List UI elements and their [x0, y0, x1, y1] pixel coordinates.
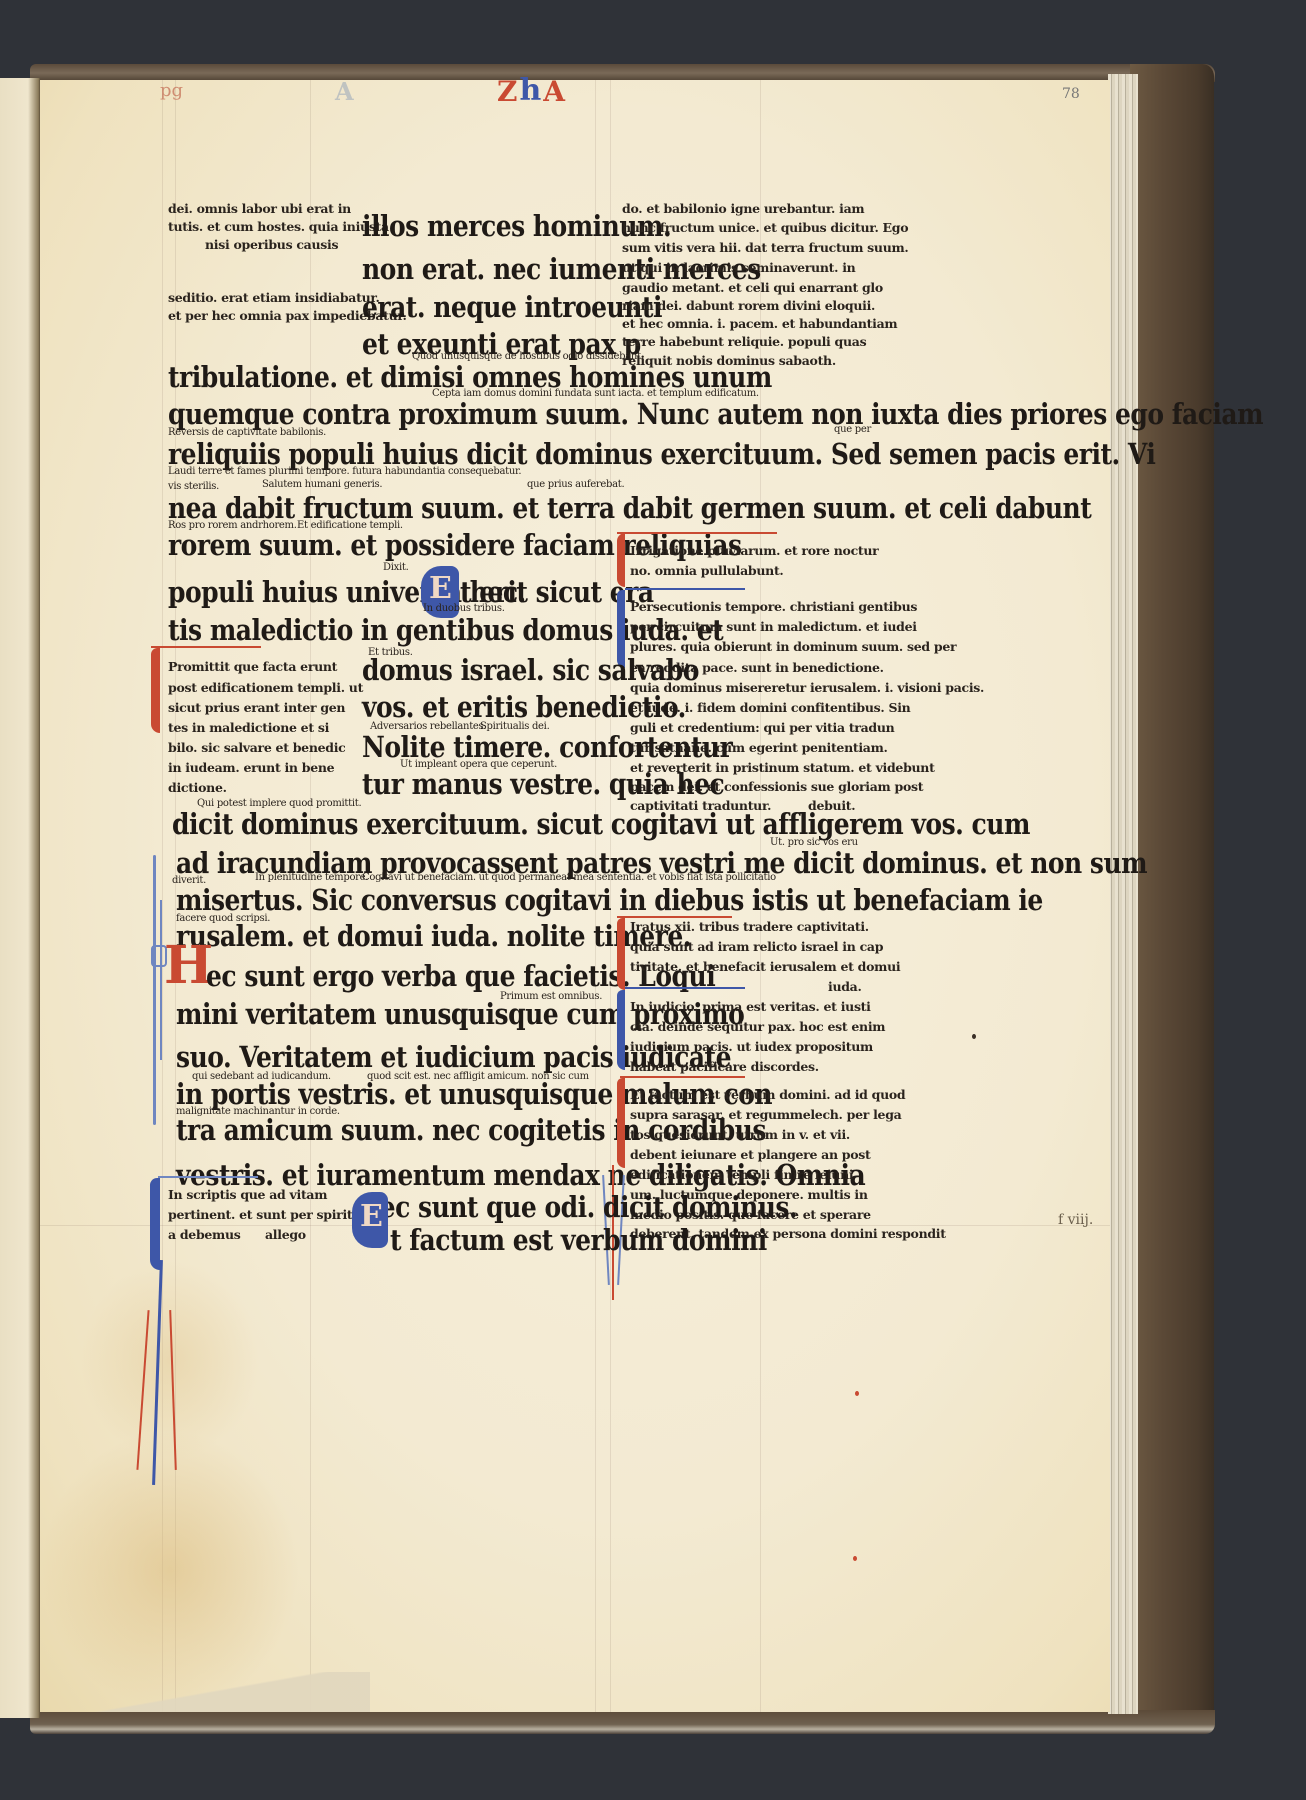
gloss-line: dei. omnis labor ubi erat in: [168, 203, 351, 216]
gloss-line: tutis. et cum hostes. quia iniusta: [168, 221, 389, 234]
initial-letter: E: [429, 574, 452, 604]
gloss-line: Promittit que facta erunt: [168, 661, 337, 674]
facing-leaf-gutter: [0, 78, 40, 1718]
top-left-annotation: pg: [160, 80, 183, 101]
blue-bracket: [150, 1178, 160, 1270]
folio-number: 78: [1062, 86, 1080, 102]
main-text-line: dicit dominus exercituum. sicut cogitavi…: [172, 810, 1030, 839]
margin-note-folio-reference: f viij.: [1058, 1212, 1093, 1228]
interlinear-gloss: vis sterilis.: [168, 482, 219, 492]
gloss-line: sum vitis vera hii. dat terra fructum su…: [622, 242, 908, 255]
gloss-line: no. omnia pullulabunt.: [630, 565, 783, 578]
blue-bracket-line: [625, 588, 745, 590]
gloss-line: In scriptis que ad vitam: [168, 1189, 327, 1202]
red-bracket-line: [617, 916, 732, 918]
interlinear-gloss: Salutem humani generis.: [262, 480, 382, 490]
main-text-line: erat. neque introeunti: [362, 293, 662, 322]
gloss-line: iudicium pacis. ut iudex propositum: [630, 1041, 873, 1054]
main-text-line: quemque contra proximum suum. Nunc autem…: [168, 400, 1263, 429]
gloss-line: riam dei. dabunt rorem divini eloquii.: [622, 300, 875, 313]
red-bracket: [617, 533, 625, 587]
page-stack-fore-edge: [1108, 74, 1138, 1714]
gloss-line: seditio. erat etiam insidiabatur.: [168, 292, 380, 305]
gloss-line: tos quesierunt. utrum in v. et vii.: [630, 1129, 850, 1142]
main-text-line: reliquiis populi huius dicit dominus exe…: [168, 440, 1155, 469]
interlinear-gloss: In plenitudine tempore.: [255, 873, 368, 883]
gloss-line: allego: [265, 1229, 306, 1242]
gloss-line: gaudio metant. et celi qui enarrant glo: [622, 282, 883, 295]
gloss-line: in iudeam. erunt in bene: [168, 762, 334, 775]
gloss-line: cia. deinde sequitur pax. hoc est enim: [630, 1021, 885, 1034]
main-text-line: tur manus vestre. quia hec: [362, 770, 724, 799]
main-text-line: t factum est verbum domini: [390, 1226, 767, 1255]
main-text-line: misertus. Sic conversus cogitavi in dieb…: [176, 886, 1043, 915]
blue-bracket-line: [158, 1176, 258, 1178]
gloss-line: plures. quia obierunt in dominum suum. s…: [630, 641, 956, 654]
gloss-line: et hec omnia. i. pacem. et habundantiam: [622, 318, 897, 331]
main-text-line: hec sunt que odi. dicit dominus.: [362, 1193, 797, 1222]
main-text-line: nea dabit fructum suum. et terra dabit g…: [168, 494, 1091, 523]
gloss-line: debent ieiunare et plangere an post: [630, 1149, 870, 1162]
gloss-line: nisi operibus causis: [205, 239, 338, 252]
binding-right-edge: [1130, 64, 1214, 1734]
gloss-line: bilo. sic salvare et benedic: [168, 742, 345, 755]
interlinear-gloss: Cogitavi ut benefaciam. ut quod permanea…: [362, 873, 776, 883]
red-bracket-line: [617, 532, 777, 534]
gloss-line: do. et babilonio igne urebantur. iam: [622, 203, 864, 216]
red-bracket-line: [620, 1076, 745, 1078]
binding-bottom-edge: [30, 1710, 1215, 1734]
gloss-line: edificationem templi finire ieiuni: [630, 1169, 853, 1182]
gloss-line: terre habebunt reliquie. populi quas: [622, 336, 866, 349]
running-head-letter-z: Z: [497, 78, 517, 106]
gloss-line: Persecutionis tempore. christiani gentib…: [630, 601, 917, 614]
gloss-line: a debemus: [168, 1229, 241, 1242]
gloss-line: Et factum est verbum domini. ad id quod: [630, 1089, 905, 1102]
gloss-line: iuda.: [828, 981, 862, 994]
gloss-line: In iudicio. prima est veritas. et iusti: [630, 1001, 871, 1014]
running-head: Z h A: [497, 76, 565, 106]
interlinear-gloss: que per: [834, 425, 871, 435]
blue-marginal-flourish: [153, 855, 156, 1125]
interlinear-gloss: Reversis de captivitate babilonis.: [168, 428, 326, 438]
gloss-line: dictione.: [168, 782, 227, 795]
gloss-line: supra sarasar. et regummelech. per lega: [630, 1109, 901, 1122]
main-text-line: vos. et eritis benedictio.: [362, 693, 686, 722]
blue-marginal-flourish: [160, 900, 162, 1060]
running-head-letter-h: h: [519, 76, 541, 106]
gloss-line: hunc fructum unice. et quibus dicitur. E…: [622, 222, 908, 235]
gloss-line: quia sunt ad iram relicto israel in cap: [630, 941, 883, 954]
interlinear-gloss: que prius auferebat.: [527, 480, 624, 490]
main-text-line: Nolite timere. confortentur: [362, 733, 732, 762]
initial-letter: E: [360, 1202, 383, 1232]
ink-spot: [853, 1556, 857, 1561]
blue-bracket: [617, 990, 625, 1070]
running-head-faded: A: [335, 80, 354, 104]
red-bracket: [617, 918, 625, 990]
torn-corner: [40, 1672, 370, 1712]
gloss-line: per circuitum sunt in maledictum. et iud…: [630, 621, 917, 634]
red-bracket: [617, 1078, 625, 1168]
gloss-line: Iratus xii. tribus tradere captivitati.: [630, 921, 869, 934]
interlinear-gloss: Laudi terre et fames plurimi tempore. fu…: [168, 467, 521, 477]
red-bracket-line: [151, 646, 261, 648]
ink-spot: [855, 1391, 859, 1396]
gloss-line: tes in maledictione et si: [168, 722, 329, 735]
interlinear-gloss: Dixit.: [383, 563, 408, 573]
gloss-line: tivitate. et benefacit ierusalem et domu…: [630, 961, 900, 974]
main-text-line: rusalem. et domui iuda. nolite timere.: [176, 922, 691, 951]
water-stain: [40, 1430, 300, 1710]
gloss-line: pertinent. et sunt per spiritua: [168, 1209, 369, 1222]
ink-spot: [972, 1034, 976, 1039]
red-bracket: [151, 648, 160, 733]
main-text-line: domus israel. sic salvabo: [362, 656, 699, 685]
gloss-line: ut qui in lacrimis seminaverunt. in: [622, 262, 855, 275]
gloss-line: post edificationem templi. ut: [168, 682, 363, 695]
decorated-initial-e-lower: E: [352, 1192, 388, 1248]
gloss-line: sicut prius erant inter gen: [168, 702, 345, 715]
gloss-line: habeat pacificare discordes.: [630, 1061, 819, 1074]
blue-bracket-line: [625, 987, 745, 989]
interlinear-gloss: In duobus tribus.: [423, 604, 505, 614]
running-head-letter-a: A: [543, 78, 565, 106]
gloss-line: Irrigatione pluviarum. et rore noctur: [630, 545, 878, 558]
